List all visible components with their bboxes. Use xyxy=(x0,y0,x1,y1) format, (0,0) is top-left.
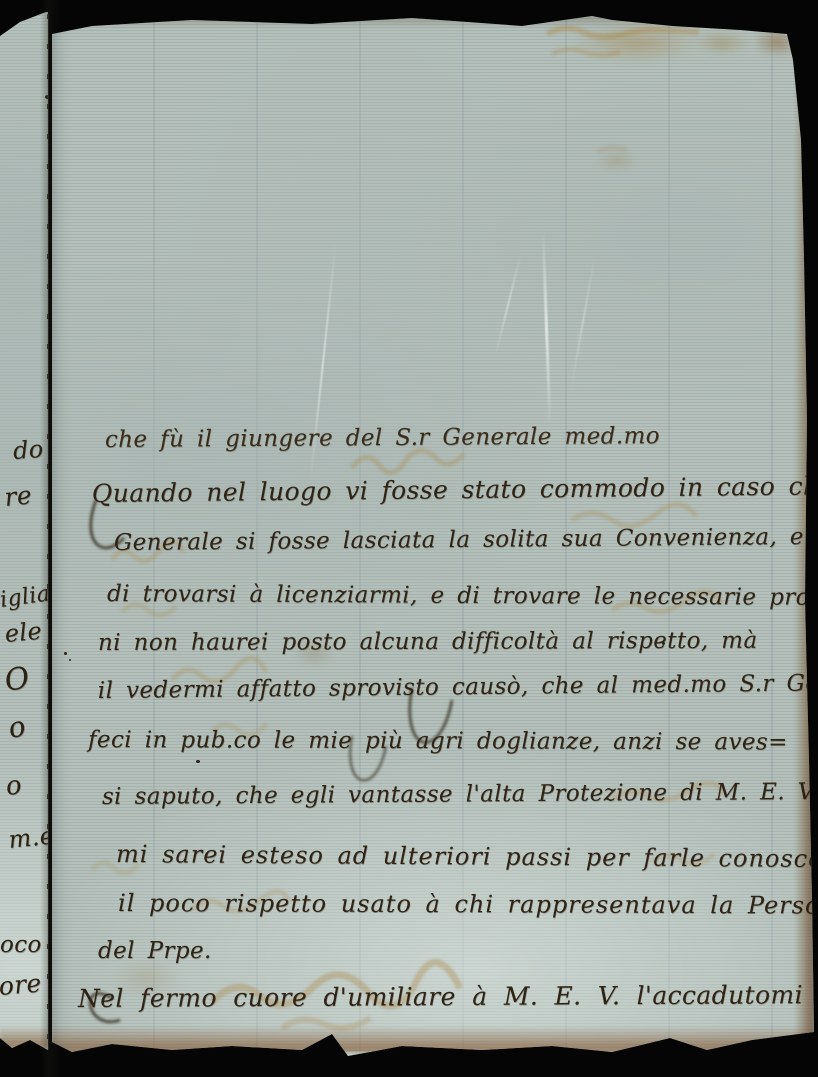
manuscript-line: il vedermi affatto sprovisto causò, che … xyxy=(98,670,818,704)
left-fragment: re xyxy=(3,480,33,512)
paper-crease xyxy=(570,253,596,391)
left-fragment: o xyxy=(4,770,24,802)
paper-crease xyxy=(494,251,523,358)
left-fragment: O xyxy=(2,660,33,699)
paper-stain xyxy=(572,22,702,64)
manuscript-line: Quando nel luogo vi fosse stato commodo … xyxy=(92,470,818,508)
manuscript-line: Generale si fosse lasciata la solita sua… xyxy=(114,524,804,556)
left-fragment: ele xyxy=(4,617,44,648)
manuscript-line: che fù il giungere del S.r Generale med.… xyxy=(105,423,660,453)
edge-stain-top xyxy=(52,16,818,28)
manuscript-line: del Prpe. xyxy=(98,938,212,964)
manuscript-scan: do re iglia ele O o o m.e oco ore xyxy=(0,0,818,1077)
manuscript-page: che fù il giungere del S.r Generale med.… xyxy=(52,0,818,1077)
left-fragment: ore xyxy=(0,968,43,1001)
paper-stain xyxy=(692,30,752,56)
manuscript-line: di trovarsi à licenziarmi, e di trovare … xyxy=(107,581,818,611)
left-fragment: oco xyxy=(0,932,42,958)
paper-crease xyxy=(542,228,552,428)
manuscript-line: ni non haurei posto alcuna difficoltà al… xyxy=(98,628,758,656)
binding-stitch-line xyxy=(47,14,49,1050)
manuscript-line: feci in pub.co le mie più agri doglianze… xyxy=(88,727,788,755)
manuscript-line: mi sarei esteso ad ulteriori passi per f… xyxy=(116,840,818,873)
corner-stain xyxy=(752,26,802,58)
manuscript-line: Nel fermo cuore d'umiliare à M. E. V. l'… xyxy=(78,980,818,1013)
ink-speck xyxy=(69,659,71,661)
paper-stain xyxy=(597,150,637,172)
edge-stain-bottom xyxy=(52,1026,818,1052)
ink-speck xyxy=(196,760,200,763)
left-fragment: o xyxy=(5,709,29,745)
manuscript-line: si saputo, che egli vantasse l'alta Prot… xyxy=(102,779,818,810)
manuscript-line: il poco rispetto usato à chi rappresenta… xyxy=(118,889,818,920)
ink-speck xyxy=(64,652,67,655)
